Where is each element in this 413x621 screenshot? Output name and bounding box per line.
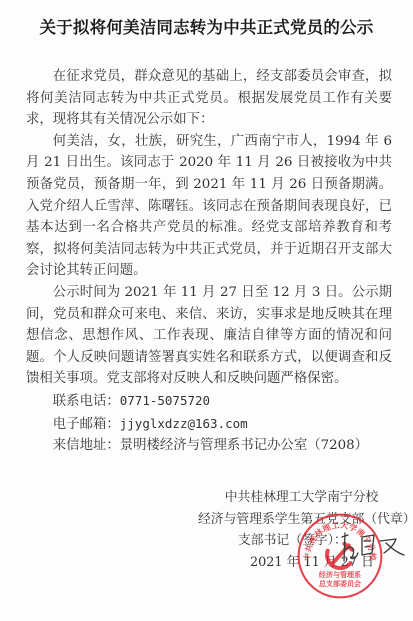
signature-branch: 经济与管理系学生第五党支部（代章） [180, 509, 413, 531]
document-title: 关于拟将何美洁同志转为中共正式党员的公示 [0, 14, 413, 38]
paragraph-notice-period: 公示时间为 2021 年 11 月 27 日至 12 月 3 日。公示期间，党员… [26, 282, 392, 390]
signature-org: 中共桂林理工大学南宁分校 [180, 487, 413, 509]
email-value: jjyglxdzz@163.com [120, 416, 248, 431]
svg-text:总支部委员会: 总支部委员会 [319, 579, 361, 588]
signature-date: 2021 年 11 月 27 日 [180, 552, 413, 574]
contact-email: 电子邮箱：jjyglxdzz@163.com [26, 413, 392, 436]
address-label: 来信地址： [53, 438, 120, 453]
paragraph-intro: 在征求党员，群众意见的基础上，经支部委员会审查，拟将何美洁同志转为中共正式党员。… [26, 66, 392, 131]
document-page: 关于拟将何美洁同志转为中共正式党员的公示 在征求党员，群众意见的基础上，经支部委… [0, 0, 413, 621]
contact-address: 来信地址：景明楼经济与管理系书记办公室（7208） [26, 435, 392, 457]
document-body: 在征求党员，群众意见的基础上，经支部委员会审查，拟将何美洁同志转为中共正式党员。… [26, 66, 392, 457]
phone-value: 0771-5075720 [120, 393, 210, 408]
phone-label: 联系电话： [53, 394, 120, 409]
signature-block: 中共桂林理工大学南宁分校 经济与管理系学生第五党支部（代章） 支部书记（签字）：… [180, 487, 413, 573]
contact-phone: 联系电话：0771-5075720 [26, 390, 392, 413]
signature-secretary-label: 支部书记（签字）： [180, 530, 413, 552]
paragraph-candidate-info: 何美洁，女，壮族，研究生，广西南宁市人，1994 年 6 月 21 日出生。该同… [26, 131, 392, 282]
email-label: 电子邮箱： [53, 417, 120, 432]
address-value: 景明楼经济与管理系书记办公室（7208） [120, 438, 368, 453]
